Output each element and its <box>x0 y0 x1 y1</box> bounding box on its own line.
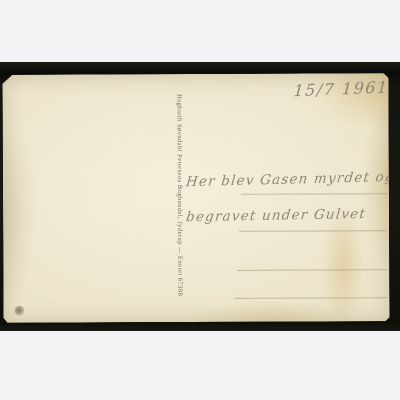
address-rule <box>241 193 387 195</box>
address-rule <box>237 269 387 271</box>
handwritten-message-line-1: Her blev Gasen myrdet og <box>185 169 396 190</box>
postcard-back: Hagbarth Søvndahl Petersens Boghandel, J… <box>2 73 389 323</box>
publisher-imprint: Hagbarth Søvndahl Petersens Boghandel, J… <box>176 94 184 326</box>
handwritten-message-line-2: begravet under Gulvet <box>185 206 367 225</box>
postcard-photo: Hagbarth Søvndahl Petersens Boghandel, J… <box>0 62 400 331</box>
ink-spot <box>14 306 24 316</box>
address-rule <box>234 297 387 299</box>
handwritten-date: 15/7 1961 <box>293 77 389 100</box>
postcard-listing-image: Hagbarth Søvndahl Petersens Boghandel, J… <box>0 0 400 400</box>
address-rule <box>239 230 387 232</box>
